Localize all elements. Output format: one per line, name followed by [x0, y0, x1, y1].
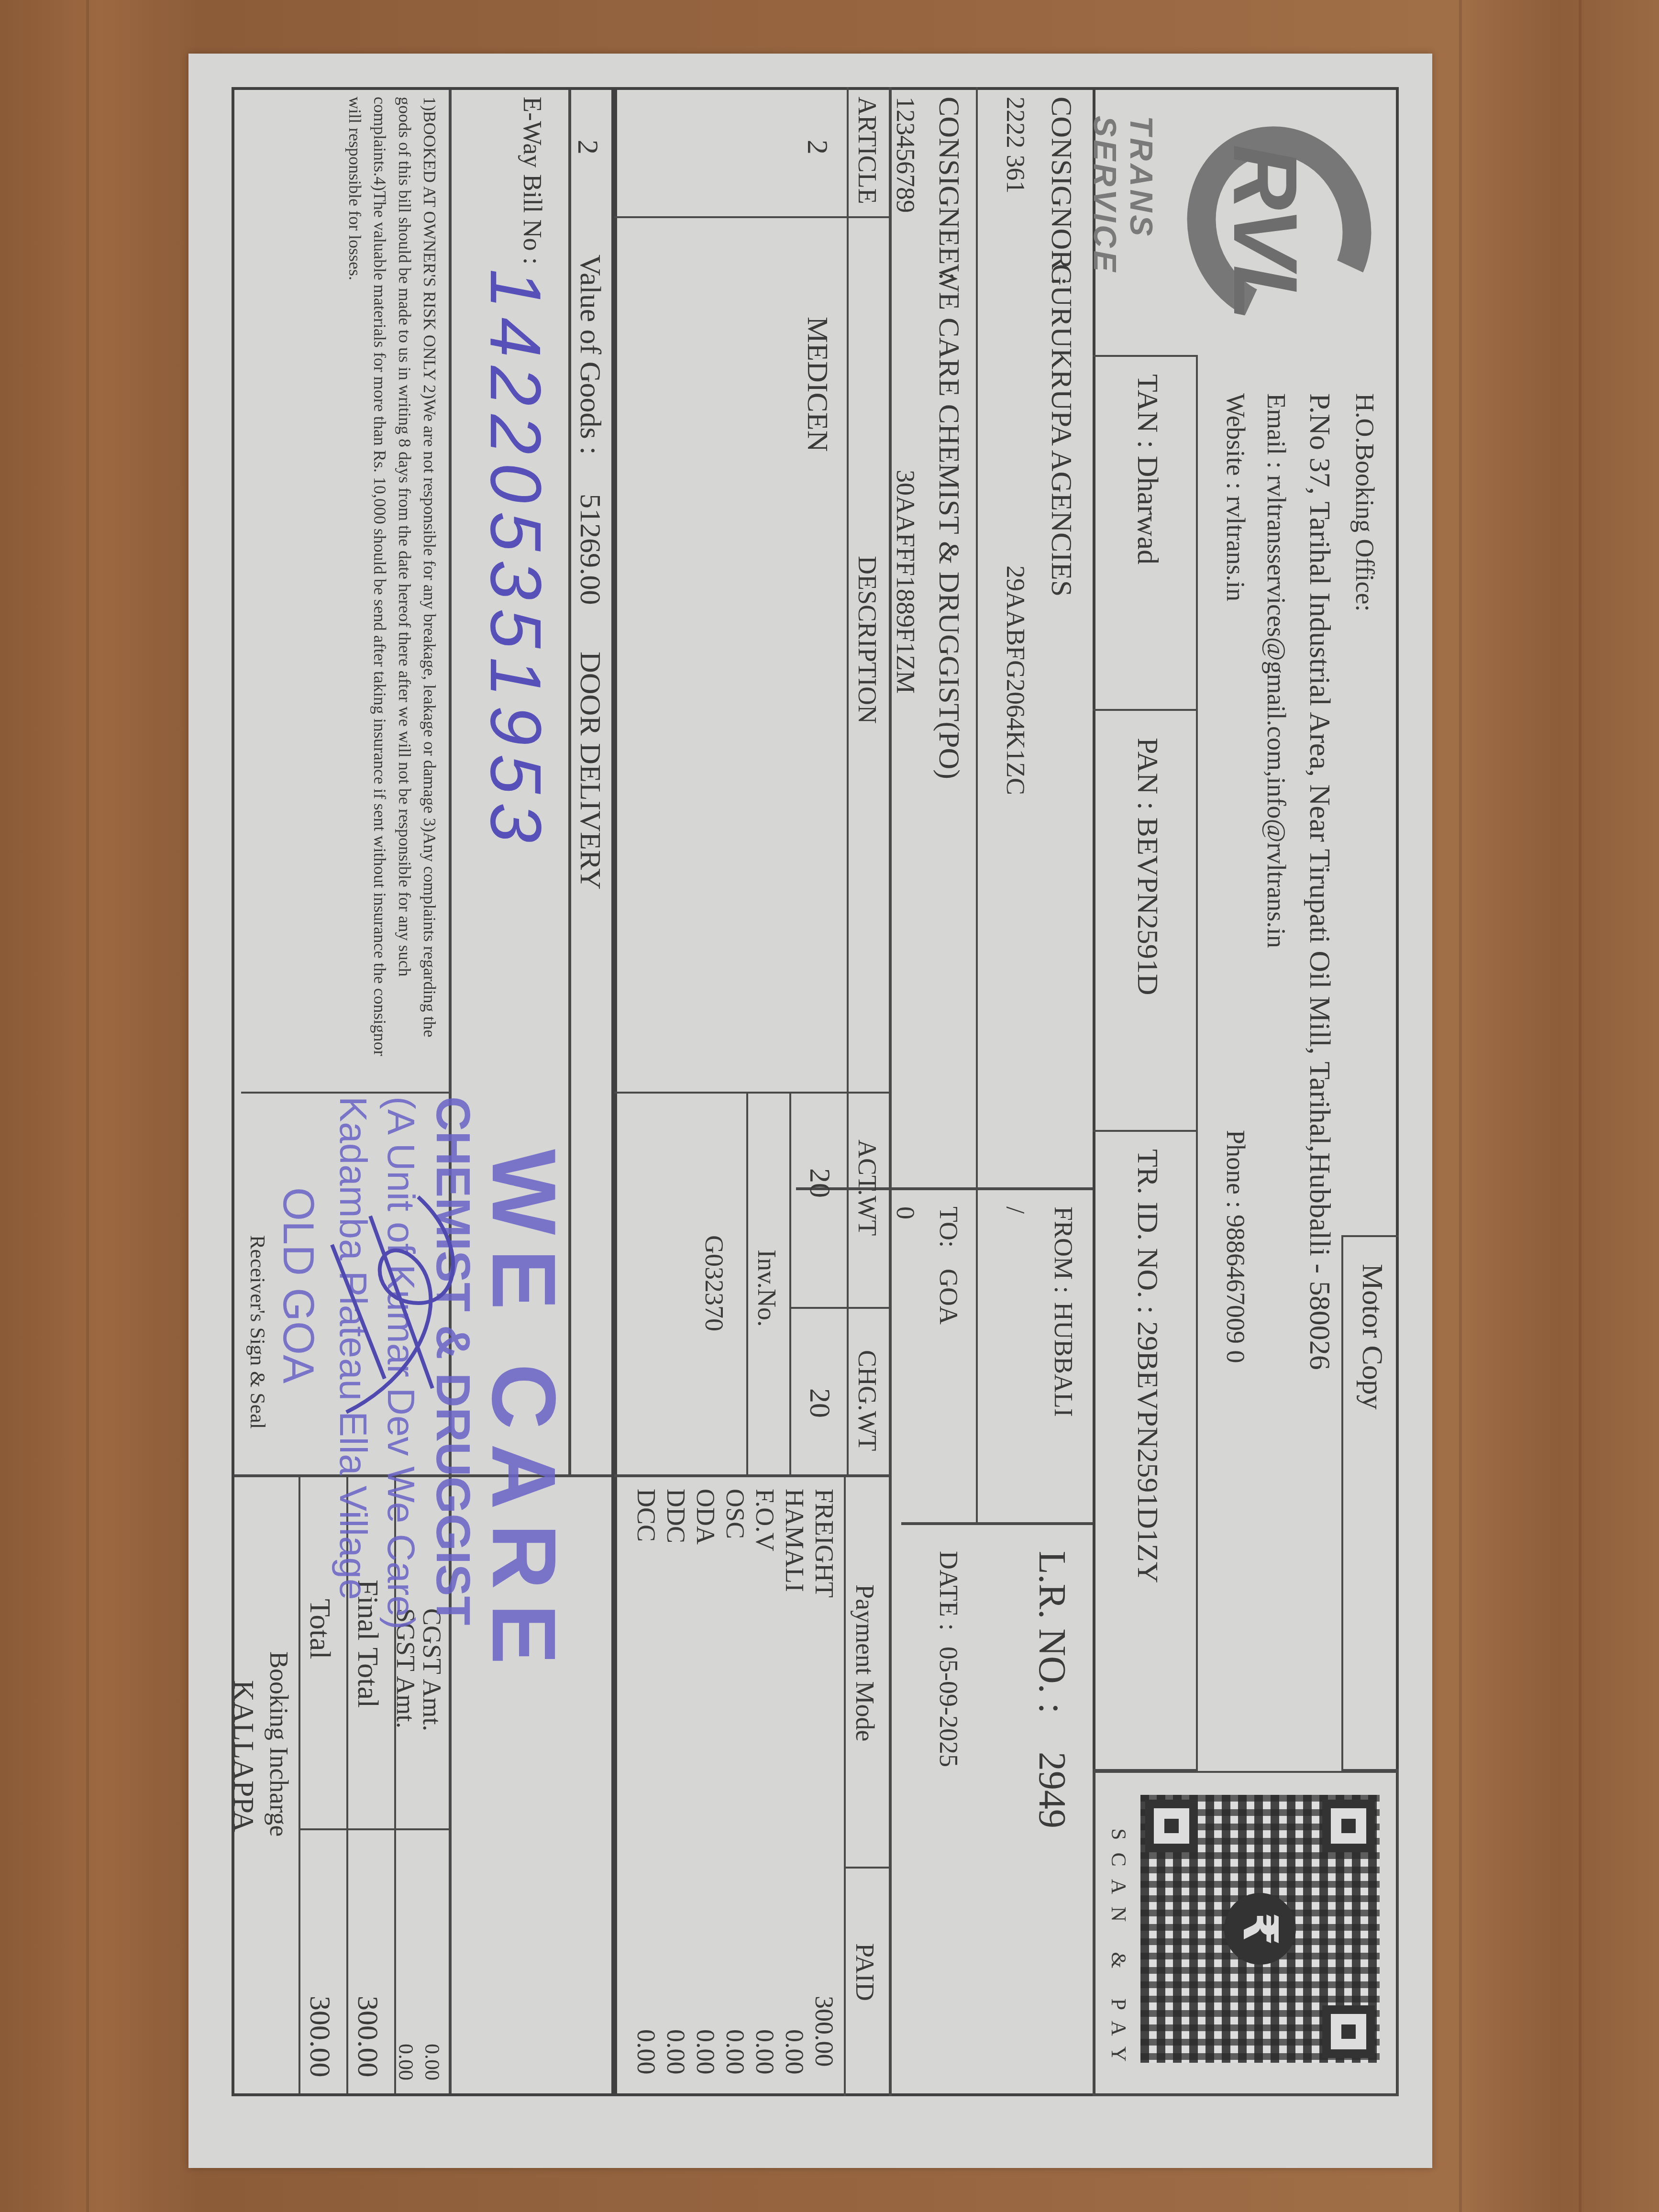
to-extra: 0 — [891, 1206, 920, 1219]
lr-number: 2949 — [1030, 1752, 1073, 1828]
company-address: P.No 37, Tarihal Industrial Area, Near T… — [1303, 393, 1337, 1370]
charge-label: ODA — [691, 1489, 720, 1545]
goods-description: MEDICEN — [800, 317, 834, 452]
description-header: DESCRIPTION — [852, 556, 882, 724]
consignor-phone: 2222 361 — [1001, 97, 1030, 194]
payment-qr-code[interactable]: ₹ — [1140, 1795, 1380, 2063]
company-website: Website : rvltrans.in — [1221, 393, 1250, 601]
act-wt-header: ACT.WT — [852, 1139, 882, 1236]
article-count: 2 — [800, 140, 834, 155]
charge-amount: 0.00 — [691, 2029, 720, 2075]
tan-number: TAN : Dharwad — [1130, 374, 1164, 564]
lorry-receipt: RVL TRANS SERVICE H.O.Booking Office: P.… — [241, 87, 1399, 2096]
from-label: FROM : — [1049, 1206, 1078, 1294]
charge-amount: 0.00 — [631, 2029, 661, 2075]
consignee-phone: 123456789 — [891, 97, 920, 213]
office-label: H.O.Booking Office: — [1350, 393, 1380, 611]
date-label: DATE : — [934, 1551, 963, 1630]
charge-label: F.O.V — [750, 1489, 780, 1551]
charge-label: OSC — [720, 1489, 750, 1539]
charge-amount: 0.00 — [750, 2029, 780, 2075]
consignee-name: WE CARE CHEMIST & DRUGGIST(PO) — [932, 264, 966, 779]
charge-label: DCC — [631, 1489, 661, 1542]
logo-subtitle: TRANS SERVICE — [1087, 116, 1160, 355]
to-city: GOA — [934, 1269, 963, 1325]
company-phone: Phone : 9886467009 0 — [1221, 1130, 1250, 1363]
chg-wt-header: CHG.WT — [852, 1350, 882, 1451]
invoice-number: G032370 — [699, 1235, 729, 1331]
invoice-header: Inv.No. — [752, 1250, 782, 1327]
tr-id-number: TR. ID. NO. : 29BEVPN2591D1ZY — [1130, 1149, 1164, 1583]
logo-text: RVL — [1213, 144, 1317, 318]
receipt-paper: RVL TRANS SERVICE H.O.Booking Office: P.… — [188, 54, 1432, 2168]
from-city: HUBBALI — [1049, 1302, 1078, 1417]
pan-number: PAN : BEVPN2591D — [1130, 738, 1164, 995]
rupee-icon: ₹ — [1224, 1893, 1296, 1965]
charged-weight: 20 — [803, 1388, 837, 1418]
consignee-label: CONSIGNEE : — [932, 97, 966, 280]
lr-number-label: L.R. NO. : — [1030, 1551, 1073, 1714]
charge-amount: 300.00 — [809, 1996, 839, 2067]
charge-amount: 0.00 — [720, 2029, 750, 2075]
payment-mode: PAID — [850, 1943, 880, 2001]
consignor-name: GURUKRUPA AGENCIES — [1044, 264, 1078, 597]
payment-mode-label: Payment Mode — [850, 1584, 880, 1741]
lower-box — [232, 87, 614, 2096]
qr-caption: SCAN & PAY — [1106, 1828, 1131, 2074]
company-logo: RVL TRANS SERVICE — [1102, 87, 1399, 355]
charge-amount: 0.00 — [780, 2029, 809, 2075]
signature — [299, 1187, 490, 1427]
consignor-gstin: 29AABFG2064K1ZC — [1001, 565, 1030, 795]
lr-date: 05-09-2025 — [934, 1647, 963, 1767]
charge-amount: 0.00 — [661, 2029, 691, 2075]
charge-label: DDC — [661, 1489, 691, 1543]
actual-weight: 20 — [803, 1168, 837, 1198]
charge-label: HAMALI — [780, 1489, 809, 1592]
to-label: TO: — [934, 1206, 963, 1248]
charge-label: FREIGHT — [809, 1489, 839, 1598]
company-email: Email : rvltransservices@gmail.com,info@… — [1261, 393, 1291, 948]
consignor-label: CONSIGNOR : — [1044, 97, 1078, 285]
copy-type: Motor Copy — [1355, 1264, 1389, 1410]
from-extra: / — [1001, 1206, 1030, 1214]
consignee-gstin: 30AAFFF1889F1ZM — [891, 470, 920, 694]
article-header: ARTICLE — [852, 97, 882, 204]
